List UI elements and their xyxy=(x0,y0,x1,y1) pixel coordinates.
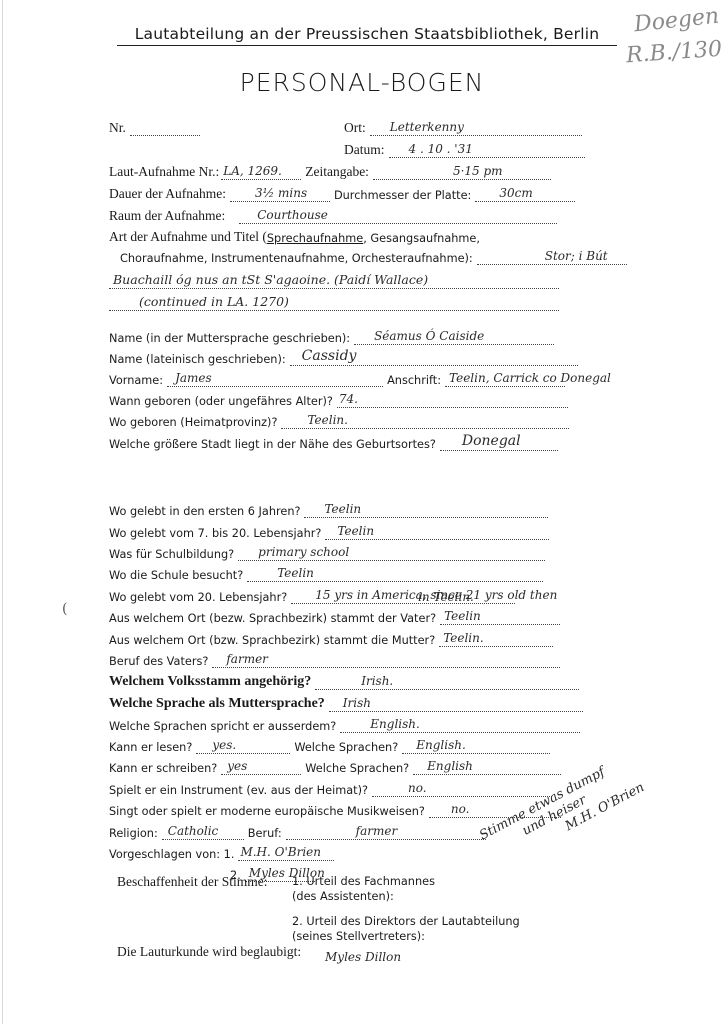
row-dauer: Dauer der Aufnahme: 3½ mins Durchmesser … xyxy=(109,186,579,202)
laut-aufnahme-field[interactable]: LA, 1269. xyxy=(221,164,301,180)
row-name-mutter: Name (in der Muttersprache geschrieben):… xyxy=(109,329,558,345)
ab-20-field[interactable]: 15 yrs in America, since 21 yrs old then xyxy=(291,588,515,604)
religion-field[interactable]: Catholic xyxy=(162,824,244,840)
urteil-2: 2. Urteil des Direktors der Lautabteilun… xyxy=(292,914,520,944)
ort-value: Letterkenny xyxy=(390,120,464,134)
lesen-label: Kann er lesen? xyxy=(109,741,192,754)
religion-value: Catholic xyxy=(168,824,219,838)
row-erste-6-jahre: Wo gelebt in den ersten 6 Jahren? Teelin xyxy=(109,502,552,518)
row-art-aufnahme-4: (continued in LA. 1270) xyxy=(109,295,563,311)
beruf-field[interactable]: farmer xyxy=(286,824,486,840)
schule-besucht-field[interactable]: Teelin xyxy=(247,566,543,582)
row-art-aufnahme-2: Choraufnahme, Instrumentenaufnahme, Orch… xyxy=(120,249,631,265)
beruf-vater-value: farmer xyxy=(226,652,268,666)
instrument-value: no. xyxy=(408,781,427,795)
form-title: PERSONAL-BOGEN xyxy=(0,68,724,97)
beruf-value: farmer xyxy=(356,824,398,838)
urteil-2-line-1: 2. Urteil des Direktors der Lautabteilun… xyxy=(292,914,520,929)
dauer-field[interactable]: 3½ mins xyxy=(230,186,330,202)
row-wann-geboren: Wann geboren (oder ungefähres Alter)? 74… xyxy=(109,392,572,408)
row-art-aufnahme-1: Art der Aufnahme und Titel (Sprechaufnah… xyxy=(109,229,480,245)
zeitangabe-field[interactable]: 5·15 pm xyxy=(373,164,551,180)
row-volksstamm: Welchem Volksstamm angehörig? Irish. xyxy=(109,674,583,690)
zeitangabe-value: 5·15 pm xyxy=(453,164,503,178)
wo-geboren-label: Wo geboren (Heimatprovinz)? xyxy=(109,416,277,429)
vorgeschlagen-label: Vorgeschlagen von: 1. xyxy=(109,848,234,861)
erste-6-jahre-field[interactable]: Teelin xyxy=(304,502,548,518)
urteil-1: 1. Urteil des Fachmannes (des Assistente… xyxy=(292,874,435,904)
art-label-2: Choraufnahme, Instrumentenaufnahme, Orch… xyxy=(120,252,473,265)
ort-field[interactable]: Letterkenny xyxy=(370,120,582,136)
art-label-1: Art der Aufnahme und Titel ( xyxy=(109,229,267,245)
name-latein-value: Cassidy xyxy=(302,348,357,364)
datum-field[interactable]: 4 . 10 . '31 xyxy=(389,142,585,158)
row-lesen: Kann er lesen? yes. Welche Sprachen? Eng… xyxy=(109,738,554,754)
schreiben-sprachen-field[interactable]: English xyxy=(413,759,561,775)
raum-field[interactable]: Courthouse xyxy=(239,208,557,224)
row-schule-besucht: Wo die Schule besucht? Teelin xyxy=(109,566,547,582)
personal-bogen-form: Lautabteilung an der Preussischen Staats… xyxy=(0,0,724,1024)
row-datum: Datum: 4 . 10 . '31 xyxy=(344,142,589,158)
groessere-stadt-label: Welche größere Stadt liegt in der Nähe d… xyxy=(109,438,436,451)
schule-besucht-value: Teelin xyxy=(277,566,314,580)
schreiben-label: Kann er schreiben? xyxy=(109,762,217,775)
art-label-underlined: Sprechaufnahme xyxy=(267,232,363,245)
durchmesser-value: 30cm xyxy=(499,186,532,200)
zeitangabe-label: Zeitangabe: xyxy=(305,164,369,180)
row-wo-geboren: Wo geboren (Heimatprovinz)? Teelin. xyxy=(109,413,573,429)
schreiben-sprachen-label: Welche Sprachen? xyxy=(305,762,409,775)
jahr-7-20-label: Wo gelebt vom 7. bis 20. Lebensjahr? xyxy=(109,527,321,540)
wann-geboren-label: Wann geboren (oder ungefähres Alter)? xyxy=(109,395,333,408)
row-ort-vater: Aus welchem Ort (bezw. Sprachbezirk) sta… xyxy=(109,609,564,625)
urteil-1-line-2: (des Assistenten): xyxy=(292,889,435,904)
ort-vater-field[interactable]: Teelin xyxy=(440,609,560,625)
laut-aufnahme-value: LA, 1269. xyxy=(223,164,282,178)
row-nr: Nr. xyxy=(109,120,204,136)
beglaubigt-label: Die Lauturkunde wird beglaubigt: xyxy=(117,944,301,960)
stimme-label: Beschaffenheit der Stimme: xyxy=(117,874,267,890)
row-laut-aufnahme: Laut-Aufnahme Nr.: LA, 1269. Zeitangabe:… xyxy=(109,164,555,180)
vorname-label: Vorname: xyxy=(109,374,163,387)
row-groessere-stadt: Welche größere Stadt liegt in der Nähe d… xyxy=(109,435,562,451)
institution-heading: Lautabteilung an der Preussischen Staats… xyxy=(117,25,617,46)
row-schulbildung: Was für Schulbildung? primary school xyxy=(109,545,549,561)
vorgeschlagen-value-1: M.H. O'Brien xyxy=(240,845,321,859)
volksstamm-label: Welchem Volksstamm angehörig? xyxy=(109,674,311,690)
datum-value: 4 . 10 . '31 xyxy=(409,142,473,156)
row-ort-mutter: Aus welchem Ort (bzw. Sprachbezirk) stam… xyxy=(109,631,557,647)
vorname-value: James xyxy=(175,371,212,385)
row-vorgeschlagen-1: Vorgeschlagen von: 1. M.H. O'Brien xyxy=(109,845,338,861)
vorgeschlagen-field-1[interactable]: M.H. O'Brien xyxy=(238,845,334,861)
art-field-2[interactable]: Buachaill óg nus an tSt S'agaoine. (Paid… xyxy=(109,273,559,289)
instrument-label: Spielt er ein Instrument (ev. aus der He… xyxy=(109,784,368,797)
urteil-2-line-2: (seines Stellvertreters): xyxy=(292,929,520,944)
wann-geboren-field[interactable]: 74. xyxy=(337,392,568,408)
schulbildung-label: Was für Schulbildung? xyxy=(109,548,234,561)
jahr-7-20-field[interactable]: Teelin xyxy=(325,524,549,540)
groessere-stadt-value: Donegal xyxy=(462,433,521,449)
anschrift-label: Anschrift: xyxy=(387,374,441,387)
row-raum: Raum der Aufnahme: Courthouse xyxy=(109,208,561,224)
schreiben-value: yes xyxy=(227,759,247,773)
lesen-sprachen-field[interactable]: English. xyxy=(402,738,550,754)
dauer-label: Dauer der Aufnahme: xyxy=(109,186,226,202)
stamp-line-1: Doegen xyxy=(633,4,720,38)
name-latein-field[interactable]: Cassidy xyxy=(290,350,578,366)
sprachen-ausserdem-label: Welche Sprachen spricht er ausserdem? xyxy=(109,720,336,733)
schulbildung-value: primary school xyxy=(258,545,349,559)
row-jahr-7-20: Wo gelebt vom 7. bis 20. Lebensjahr? Tee… xyxy=(109,524,553,540)
datum-label: Datum: xyxy=(344,142,385,158)
name-latein-label: Name (lateinisch geschrieben): xyxy=(109,353,286,366)
row-sprachen-ausserdem: Welche Sprachen spricht er ausserdem? En… xyxy=(109,717,584,733)
art-label-1-rest: , Gesangsaufnahme, xyxy=(363,232,480,245)
art-field-3[interactable]: (continued in LA. 1270) xyxy=(109,295,559,311)
row-vorname: Vorname: James Anschrift: Teelin, Carric… xyxy=(109,371,565,387)
sprachen-ausserdem-value: English. xyxy=(370,717,420,731)
row-schreiben: Kann er schreiben? yes Welche Sprachen? … xyxy=(109,759,565,775)
erste-6-jahre-value: Teelin xyxy=(324,502,361,516)
wann-geboren-value: 74. xyxy=(339,392,358,406)
row-beruf-vater: Beruf des Vaters? farmer xyxy=(109,652,564,668)
instrument-field[interactable]: no. xyxy=(372,781,552,797)
stamp-line-2: R.B./130 xyxy=(625,37,723,69)
groessere-stadt-field[interactable]: Donegal xyxy=(440,435,558,451)
musikweisen-label: Singt oder spielt er moderne europäische… xyxy=(109,805,425,818)
durchmesser-label: Durchmesser der Platte: xyxy=(334,189,471,202)
volksstamm-field[interactable]: Irish. xyxy=(315,674,579,690)
raum-value: Courthouse xyxy=(257,208,328,222)
lesen-value: yes. xyxy=(212,738,236,752)
muttersprache-value: Irish xyxy=(343,696,371,710)
ab-20-value-line2: in Teelin. xyxy=(418,590,474,604)
art-value-2: Buachaill óg nus an tSt S'agaoine. (Paid… xyxy=(113,272,428,287)
musikweisen-value: no. xyxy=(451,802,470,816)
ort-label: Ort: xyxy=(344,120,366,136)
art-value-1: Stor; i Bút xyxy=(545,249,608,263)
ort-mutter-value: Teelin. xyxy=(443,631,484,645)
schulbildung-field[interactable]: primary school xyxy=(238,545,545,561)
lesen-sprachen-label: Welche Sprachen? xyxy=(294,741,398,754)
schreiben-field[interactable]: yes xyxy=(221,759,301,775)
row-ort: Ort: Letterkenny xyxy=(344,120,586,136)
ab-20-label: Wo gelebt vom 20. Lebensjahr? xyxy=(109,591,287,604)
wo-geboren-field[interactable]: Teelin. xyxy=(281,413,569,429)
beglaubigt-signature: Myles Dillon xyxy=(325,950,401,964)
beruf-vater-label: Beruf des Vaters? xyxy=(109,655,208,668)
page-edge xyxy=(2,0,3,1024)
vorname-field[interactable]: James xyxy=(167,371,383,387)
nr-field[interactable] xyxy=(130,120,200,136)
nr-label: Nr. xyxy=(109,120,126,136)
dauer-value: 3½ mins xyxy=(255,186,307,200)
beruf-label: Beruf: xyxy=(248,827,282,840)
ort-mutter-label: Aus welchem Ort (bzw. Sprachbezirk) stam… xyxy=(109,634,435,647)
art-value-3: (continued in LA. 1270) xyxy=(139,294,289,309)
religion-label: Religion: xyxy=(109,827,158,840)
schule-besucht-label: Wo die Schule besucht? xyxy=(109,569,243,582)
anschrift-field[interactable]: Teelin, Carrick co Donegal xyxy=(445,371,565,387)
volksstamm-value: Irish. xyxy=(361,674,393,688)
muttersprache-label: Welche Sprache als Muttersprache? xyxy=(109,696,325,712)
urteil-1-line-1: 1. Urteil des Fachmannes xyxy=(292,874,435,889)
row-muttersprache: Welche Sprache als Muttersprache? Irish xyxy=(109,696,587,712)
ort-vater-value: Teelin xyxy=(444,609,481,623)
row-religion: Religion: Catholic Beruf: farmer xyxy=(109,824,490,840)
erste-6-jahre-label: Wo gelebt in den ersten 6 Jahren? xyxy=(109,505,300,518)
row-instrument: Spielt er ein Instrument (ev. aus der He… xyxy=(109,781,556,797)
ort-vater-label: Aus welchem Ort (bezw. Sprachbezirk) sta… xyxy=(109,612,436,625)
wo-geboren-value: Teelin. xyxy=(307,413,348,427)
sprachen-ausserdem-field[interactable]: English. xyxy=(340,717,580,733)
name-mutter-value: Séamus Ó Caiside xyxy=(374,329,484,343)
ort-mutter-field[interactable]: Teelin. xyxy=(439,631,553,647)
row-musikweisen: Singt oder spielt er moderne europäische… xyxy=(109,802,565,818)
laut-aufnahme-label: Laut-Aufnahme Nr.: xyxy=(109,164,219,180)
row-name-latein: Name (lateinisch geschrieben): Cassidy xyxy=(109,350,582,366)
margin-mark: ( xyxy=(62,601,67,617)
art-field-1[interactable]: Stor; i Bút xyxy=(477,249,627,265)
muttersprache-field[interactable]: Irish xyxy=(329,696,583,712)
anschrift-value: Teelin, Carrick co Donegal xyxy=(449,371,611,385)
lesen-field[interactable]: yes. xyxy=(196,738,290,754)
durchmesser-field[interactable]: 30cm xyxy=(475,186,575,202)
schreiben-sprachen-value: English xyxy=(427,759,473,773)
beruf-vater-field[interactable]: farmer xyxy=(212,652,560,668)
name-mutter-label: Name (in der Muttersprache geschrieben): xyxy=(109,332,350,345)
raum-label: Raum der Aufnahme: xyxy=(109,208,225,224)
name-mutter-field[interactable]: Séamus Ó Caiside xyxy=(354,329,554,345)
jahr-7-20-value: Teelin xyxy=(337,524,374,538)
row-art-aufnahme-3: Buachaill óg nus an tSt S'agaoine. (Paid… xyxy=(109,273,563,289)
lesen-sprachen-value: English. xyxy=(416,738,466,752)
